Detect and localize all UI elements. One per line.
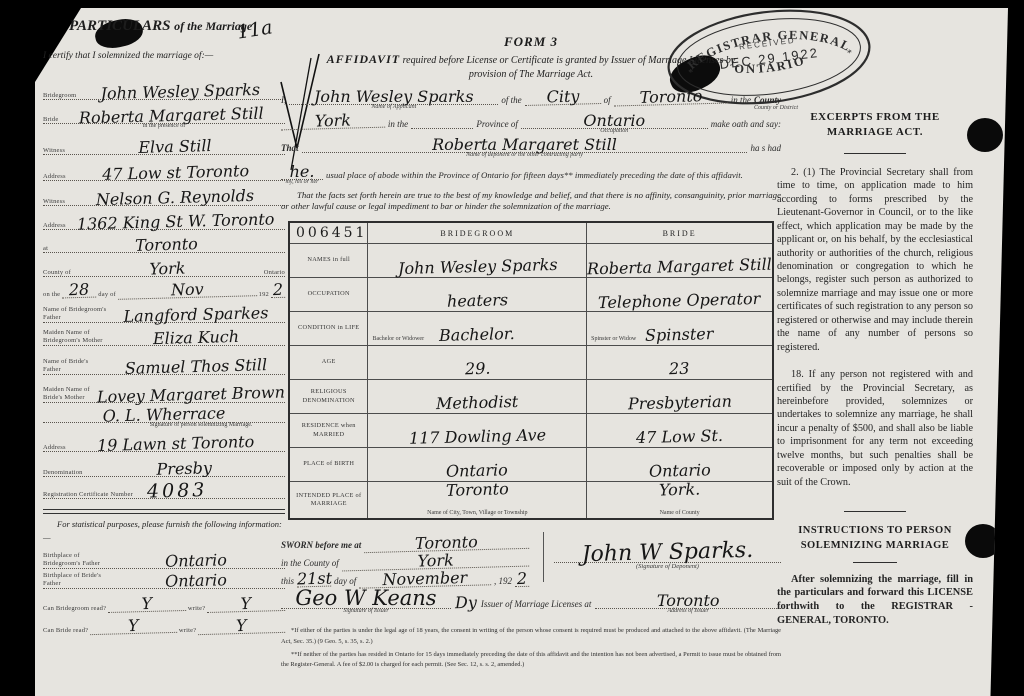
write-mark: Y [198,618,285,635]
print: make oath and say: [711,119,781,129]
table-row-intended-place: INTENDED PLACE of MARRIAGE Toronto Name … [289,482,773,520]
field-value: 47 Low st Toronto [66,164,286,183]
sworn-line-county: in the County of York [281,550,529,568]
field-label: Birthplace of Bridegroom's Father [43,552,107,568]
denomination-row: Denomination Presby [43,452,285,477]
county-word: County [754,95,781,105]
occupation-sublabel: Occupation [521,128,708,134]
date-prefix: on the [43,291,60,298]
field-label: Denomination [43,469,83,476]
field-value: 1362 King St W. Toronto [66,213,286,232]
field-label: Registration Certificate Number [43,491,133,498]
bride-value: Spinster [645,327,714,342]
instructions-heading: INSTRUCTIONS TO PERSON SOLEMNIZING MARRI… [777,524,973,553]
facts-paragraph: That the facts set forth herein are true… [281,190,781,214]
groom-value: Ontario [446,464,508,479]
literacy-row-bride: Can Bride read? Y write? Y [43,612,285,634]
field-label: Address [43,222,66,229]
field-label: Can Bride read? [43,627,88,634]
print: day of [334,576,356,586]
groom-value: Bachelor. [439,327,515,343]
table-row-condition: CONDITION in LIFE Bachelor or Widower Ba… [289,312,773,346]
particulars-title: PARTICULARS of the Marriage [69,18,285,35]
issuer-address-sublabel: Address of Issuer [595,608,781,614]
print: in the County of [281,558,339,568]
print: I, [281,95,286,105]
field-label: Witness [43,147,65,154]
table-row-birthplace: PLACE of BIRTH Ontario Ontario [289,448,773,482]
groom-value: John Wesley Sparks [397,258,557,276]
groom-value: 29. [464,362,490,376]
field-value: Eliza Kuch [107,329,285,347]
abode-text: usual place of abode within the Province… [326,170,743,180]
excerpts-heading: EXCERPTS FROM THE MARRIAGE ACT. [777,110,973,141]
date-mid: day of [98,291,116,298]
serial-number: 006451 [289,222,368,244]
field-label: Name of Bridegroom's Father [43,306,107,322]
bride-value: Telephone Operator [598,292,761,310]
bride-place-sublabel: Name of County [587,510,772,516]
field-value: York [71,260,264,279]
particulars-section: PARTICULARS of the Marriage I certify th… [43,18,285,634]
print: of the [501,95,521,105]
row-label: PLACE of BIRTH [289,448,368,482]
print: in the [731,95,751,105]
solemnizer-address-row: Address 19 Lawn st Toronto [43,431,285,452]
field-row-witness1: Witness Elva Still [43,131,285,155]
affidavit-section: FORM 3 AFFIDAVIT required before License… [281,34,781,673]
stamp-star-right: * [847,48,853,60]
affidavit-heading-rest: required before License or Certificate i… [403,55,736,66]
certify-line: I certify that I solemnized the marriage… [43,51,285,61]
row-label: NAMES in full [289,244,368,278]
row-label: OCCUPATION [289,278,368,312]
divider [844,511,906,512]
bride-value: York. [659,483,701,498]
field-row-witness2: Witness Nelson G. Reynolds [43,181,285,206]
registration-number-row: Registration Certificate Number 4083 [43,477,285,499]
table-row-religion: RELIGIOUS DENOMINATION Methodist Presbyt… [289,380,773,414]
field-label: Bride [43,116,58,123]
field-row-bride-father: Name of Bride's Father Samuel Thos Still [43,346,285,375]
field-value: Langford Sparkes [107,306,285,324]
particulars-title-lead: PARTICULARS [69,18,170,34]
date-year-print: 192 [259,291,269,298]
solemnizer-signature-row: O. L. Wherrace Signature of person solem… [43,403,285,423]
field-label: Maiden Name of Bride's Mother [43,386,97,402]
row-label: AGE [289,346,368,380]
table-row-age: AGE 29. 23 [289,346,773,380]
field-value: Ontario [107,572,285,590]
field-value: Elva Still [65,138,285,157]
read-mark: Y [108,596,186,613]
field-label: County of [43,269,71,276]
sworn-left: SWORN before me at Toronto in the County… [281,528,529,586]
bride-condition-sublabel: Spinster or Widow [591,336,636,342]
field-row-bridegroom: Bridegroom John Wesley Sparks [43,71,285,100]
excerpts-section: EXCERPTS FROM THE MARRIAGE ACT. 2. (1) T… [777,110,973,628]
print: , 192 [494,576,512,586]
row-label: INTENDED PLACE of MARRIAGE [289,482,368,520]
sworn-line-place: SWORN before me at Toronto [281,528,529,550]
groom-value: 117 Dowling Ave [409,429,546,446]
groom-value: heaters [447,294,508,309]
solemnizer-sublabel: Signature of person solemnizing Marriage… [113,422,289,428]
sworn-block: SWORN before me at Toronto in the County… [281,528,781,616]
field-label: Address [43,173,66,180]
affidavit-heading-line2: provision of The Marriage Act. [469,69,593,80]
row-label: RESIDENCE when MARRIED [289,414,368,448]
bride-value: 47 Low St. [636,429,723,445]
stat-row-bride-father-birthplace: Birthplace of Bride's Father Ontario [43,569,285,589]
issuer-signature-sublabel: Signature of Issuer [281,608,451,614]
date-day: 28 [62,283,96,298]
bride-value: Ontario [649,464,711,479]
print: this [281,576,294,586]
affidavit-heading: AFFIDAVIT required before License or Cer… [281,52,781,81]
county-name: York [281,113,385,130]
row-label: CONDITION in LIFE [289,312,368,346]
particulars-title-rest: of the Marriage [174,19,252,33]
row-label: RELIGIOUS DENOMINATION [289,380,368,414]
field-label: Name of Bride's Father [43,358,107,374]
field-label: Address [43,444,66,451]
statistical-intro: For statistical purposes, please furnish… [43,518,285,544]
footnote-2: **If neither of the parties has resided … [281,650,781,671]
print: Issuer of Marriage Licenses at [481,599,592,609]
groom-value: Methodist [436,395,519,411]
sworn-line-date: this 21st day of November , 192 2 [281,568,529,586]
write-label: write? [179,627,196,634]
print: in the [388,119,408,129]
groom-place-sublabel: Name of City, Town, Village or Township [368,510,586,516]
field-row-address2: Address 1362 King St W. Toronto [43,206,285,230]
other-party-sublabel: Name of deponent or the other contractin… [302,152,748,158]
write-label: write? [188,605,205,612]
field-row-county: County of York Ontario [43,253,285,277]
print: SWORN before me at [281,540,361,550]
affidavit-word: AFFIDAVIT [327,52,400,66]
read-mark: Y [90,618,177,635]
field-value: 19 Lawn st Toronto [66,435,286,454]
deponent-line: That Roberta Margaret Still Name of depo… [281,138,781,153]
field-row-address1: Address 47 Low st Toronto [43,155,285,181]
abode-line: he. my, his or her usual place of abode … [281,165,781,180]
bride-value: Presbyterian [627,395,731,411]
sworn-year-written: 2 [515,572,529,587]
deponent-signature-block: John W Sparks. (Signature of Deponent) [543,532,781,582]
deputy-initials: Dy [455,595,477,609]
print: Province of [476,119,517,129]
deponent-signature: John W Sparks. [554,541,781,566]
municipality-name: Toronto [614,89,728,107]
field-row-at: at Toronto [43,230,285,253]
bride-value: 23 [669,362,690,376]
field-value: John Wesley Sparks [76,83,285,102]
table-row-occupation: OCCUPATION heaters Telephone Operator [289,278,773,312]
instructions-paragraph: After solemnizing the marriage, fill in … [777,573,973,628]
issuer-line: Geo W Keans Signature of Issuer Dy Issue… [281,590,781,609]
field-value: Presby [82,460,285,479]
excerpt-paragraph-18: 18. If any person not registered with an… [777,368,973,489]
field-value: Ontario [107,552,285,570]
field-label: Can Bridegroom read? [43,605,106,612]
table-row-names: NAMES in full John Wesley Sparks Roberta… [289,244,773,278]
divider [844,153,906,154]
field-label: Birthplace of Bride's Father [43,572,107,588]
particulars-table: 006451 BRIDEGROOM BRIDE NAMES in full Jo… [288,221,774,520]
table-header-row: 006451 BRIDEGROOM BRIDE [289,222,773,244]
column-header-bridegroom: BRIDEGROOM [368,222,587,244]
form-number: FORM 3 [281,34,781,50]
field-label: Maiden Name of Bridegroom's Mother [43,329,107,345]
field-value: 4083 [133,480,285,500]
field-label: Bridegroom [43,92,76,99]
field-value: Nelson G. Reynolds [65,189,285,208]
bride-value: Roberta Margaret Still [587,258,772,276]
field-row-groom-mother: Maiden Name of Bridegroom's Mother Eliza… [43,323,285,346]
column-header-bride: BRIDE [587,222,773,244]
literacy-row-bridegroom: Can Bridegroom read? Y write? Y [43,589,285,612]
field-row-groom-father: Name of Bridegroom's Father Langford Spa… [43,298,285,323]
section-divider [43,509,285,514]
applicant-name-sublabel: Name of Applicant [289,104,498,110]
write-mark: Y [207,596,285,613]
field-value: Lovey Margaret Brown [97,386,285,405]
print: of [604,95,611,105]
applicant-line: I, John Wesley Sparks Name of Applicant … [281,90,781,105]
field-row-date: on the 28 day of Nov 192 2 [43,277,285,298]
footnote-1: *If either of the parties is under the l… [281,626,781,647]
stat-row-groom-father-birthplace: Birthplace of Bridegroom's Father Ontari… [43,548,285,569]
document-page: 11a REGISTRAR GENERAL ONTARIO RECEIVED D… [35,8,1008,696]
pronoun-sublabel: my, his or her [281,179,323,185]
table-row-residence: RESIDENCE when MARRIED 117 Dowling Ave 4… [289,414,773,448]
field-row-bride-mother: Maiden Name of Bride's Mother Lovey Marg… [43,375,285,403]
province-line: York in the Province of Ontario Occupati… [281,114,781,129]
excerpt-paragraph-2: 2. (1) The Provincial Secretary shall fr… [777,166,973,354]
field-label: Witness [43,198,65,205]
issuer-signature: Geo W Keans [295,586,436,610]
field-row-bride: Bride Roberta Margaret Still in the pres… [43,100,285,124]
field-value: Samuel Thos Still [107,358,285,376]
field-sublabel: in the presence of [43,123,285,129]
print: That [281,143,299,153]
municipality-type: City [524,89,600,106]
groom-condition-sublabel: Bachelor or Widower [372,336,424,342]
sworn-day: 21st [297,571,331,586]
groom-value: Toronto [446,483,509,498]
footnotes: *If either of the parties is under the l… [281,626,781,670]
divider [853,562,897,563]
